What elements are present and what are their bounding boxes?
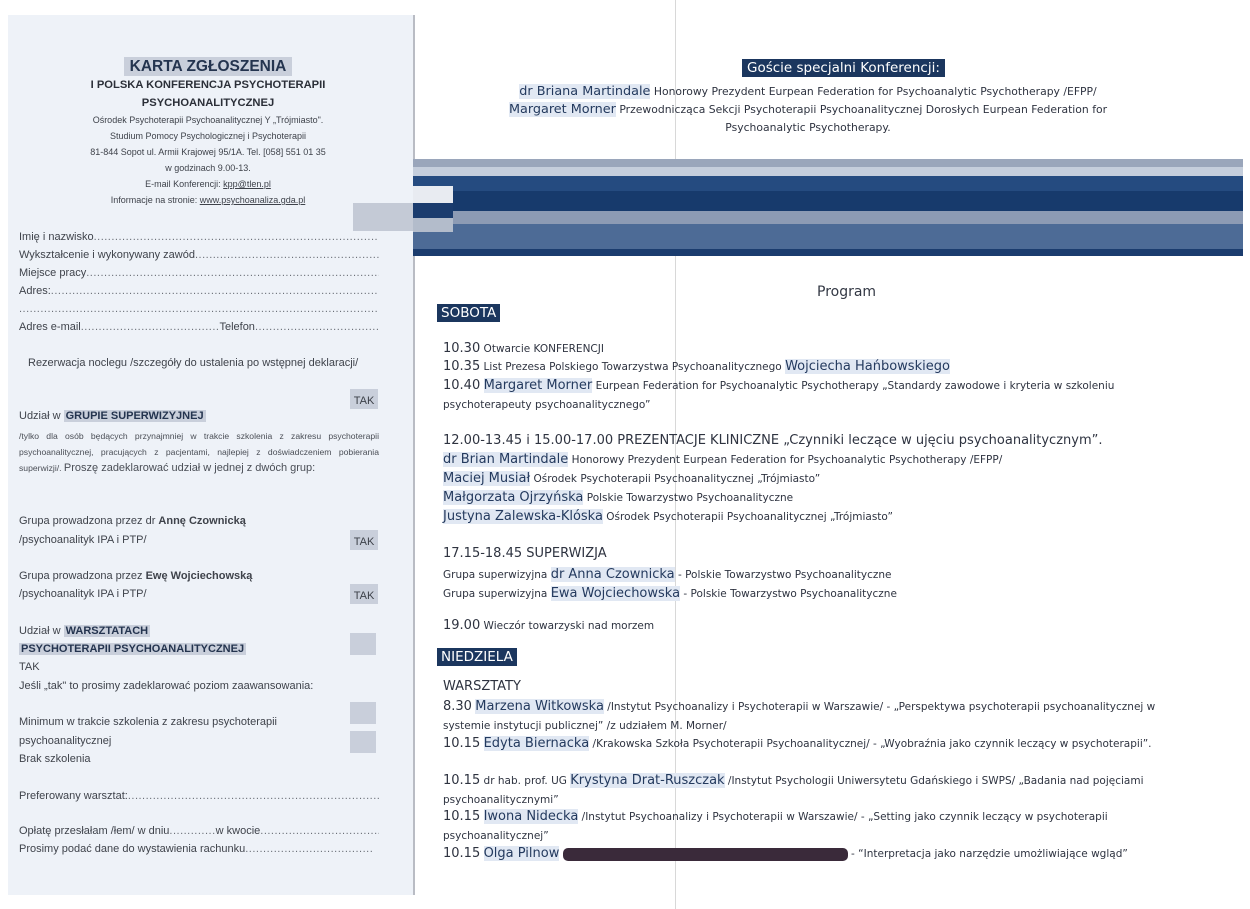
program-item: 10.40 Margaret Morner Eurpean Federation… [443,376,1203,415]
website-label: Informacje na stronie: [111,195,200,205]
guests-title: Goście specjalni Konferencji: [742,59,945,77]
presenter: Małgorzata Ojrzyńska Polskie Towarzystwo… [443,488,1203,508]
group1-label: Grupa prowadzona przez dr Annę Czownicką [19,515,246,527]
payment-field[interactable]: Opłatę przesłałam /łem/ w dniu..........… [19,825,379,837]
level-prompt: Jeśli „tak" to prosimy zadeklarować pozi… [19,680,313,692]
email-link[interactable]: kpp@tlen.pl [223,179,271,189]
program-item: 10.30 Otwarcie KONFERENCJI [443,339,1203,359]
workshops-label-1: Udział w WARSZTATACH [19,625,150,637]
education-field[interactable]: Wykształcenie i wykonywany zawód........… [19,249,379,261]
group2-tak-checkbox[interactable]: TAK [350,584,378,604]
workshop-item: 10.15 Iwona Nidecka /Instytut Psychoanal… [443,807,1203,846]
day-saturday: SOBOTA [437,304,500,322]
day-sunday: NIEDZIELA [437,648,517,666]
level-min-label-1: Minimum w trakcie szkolenia z zakresu ps… [19,716,277,728]
presenter: Maciej Musiał Ośrodek Psychoterapii Psyc… [443,469,1203,489]
accommodation-tak-checkbox[interactable]: TAK [350,389,378,409]
org-address: 81-844 Sopot ul. Armii Krajowej 95/1A. T… [8,144,408,160]
workshops-checkbox[interactable] [350,633,376,655]
org-hours: w godzinach 9.00-13. [8,160,408,176]
preferred-workshop-field[interactable]: Preferowany warsztat:...................… [19,790,379,802]
workshop-item: 10.15 dr hab. prof. UG Krystyna Drat-Rus… [443,771,1203,810]
email-phone-field[interactable]: Adres e-mail............................… [19,321,379,333]
redacted-text [563,848,848,861]
workshop-item: 10.15 Edyta Biernacka /Krakowska Szkoła … [443,734,1203,754]
org-line-1: Ośrodek Psychoterapii Psychoanalitycznej… [8,112,408,128]
website-link[interactable]: www.psychoanaliza.gda.pl [200,195,306,205]
form-header: KARTA ZGŁOSZENIA I POLSKA KONFERENCJA PS… [8,57,408,208]
workplace-field[interactable]: Miejsce pracy...........................… [19,267,379,279]
conference-name-1: I POLSKA KONFERENCJA PSYCHOTERAPII [8,76,408,94]
conference-name-2: PSYCHOANALITYCZNEJ [8,94,408,112]
guest-name: Margaret Morner [509,102,616,117]
address-field[interactable]: Adres:..................................… [19,285,379,297]
accommodation-label: Rezerwacja noclegu /szczegóły do ustalen… [28,357,358,369]
supervision-group: Grupa superwizyjna Ewa Wojciechowska - P… [443,584,1203,604]
supervision-group: Grupa superwizyjna dr Anna Czownicka - P… [443,565,1203,585]
clinical-presentations: 12.00-13.45 i 15.00-17.00 PREZENTACJE KL… [443,431,1203,451]
address-field-2[interactable]: ........................................… [19,303,379,315]
workshops-tak: TAK [19,661,40,673]
workshops-label-2: PSYCHOTERAPII PSYCHOANALITYCZNEJ [19,643,246,655]
form-title: KARTA ZGŁOSZENIA [124,57,293,76]
org-line-2: Studium Pomocy Psychologicznej i Psychot… [8,128,408,144]
group2-label: Grupa prowadzona przez Ewę Wojciechowską [19,570,252,582]
group1-role: /psychoanalityk IPA i PTP/ [19,534,147,546]
guests-list: dr Briana Martindale Honorowy Prezydent … [488,83,1128,137]
workshop-item: 10.15 Olga Pilnow - “Interpretacja jako … [443,844,1203,864]
supervision-title: 17.15-18.45 SUPERWIZJA [443,544,1203,564]
email-label: E-mail Konferencji: [145,179,223,189]
presenter: Justyna Zalewska-Klóska Ośrodek Psychote… [443,507,1203,527]
workshop-item: 8.30 Marzena Witkowska /Instytut Psychoa… [443,697,1203,736]
program-item: 10.35 List Prezesa Polskiego Towarzystwa… [443,357,1203,377]
level-min-label-2: psychoanalitycznej [19,735,111,747]
group1-tak-checkbox[interactable]: TAK [350,530,378,550]
name-field[interactable]: Imię i nazwisko.........................… [19,231,379,243]
level-min-checkbox[interactable] [350,702,376,724]
presenter: dr Brian Martindale Honorowy Prezydent E… [443,450,1203,470]
workshops-title: WARSZTATY [443,677,1203,697]
decorative-banner [413,159,1243,256]
group2-role: /psychoanalityk IPA i PTP/ [19,588,147,600]
guest-name: dr Briana Martindale [519,84,650,99]
program-title: Program [817,284,876,300]
level-none-checkbox[interactable] [350,731,376,753]
evening-event: 19.00 Wieczór towarzyski nad morzem [443,616,1203,636]
level-none-label: Brak szkolenia [19,753,91,765]
supervision-label: Udział w GRUPIE SUPERWIZYJNEJ [19,410,206,422]
supervision-note: /tylko dla osób będących przynajmniej w … [19,428,379,476]
invoice-field[interactable]: Prosimy podać dane do wystawienia rachun… [19,843,379,855]
